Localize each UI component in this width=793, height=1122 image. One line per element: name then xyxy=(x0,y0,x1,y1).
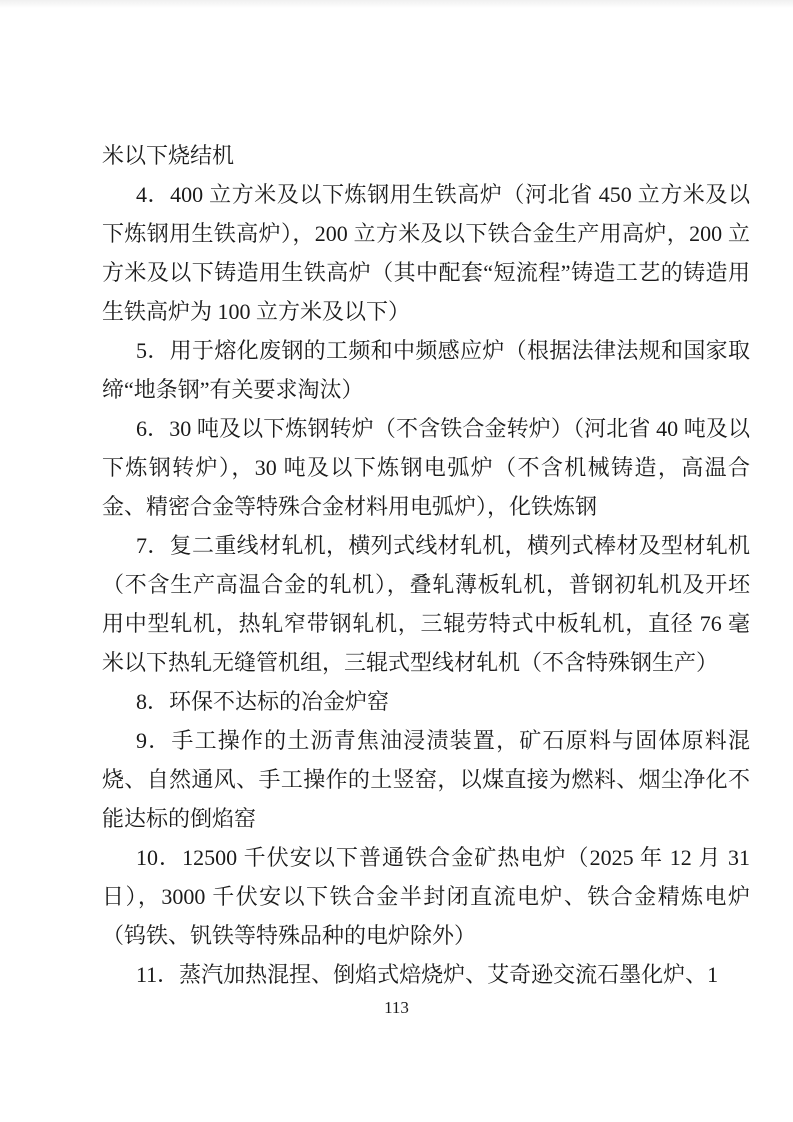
paragraph-continuation: 米以下烧结机 xyxy=(102,136,750,175)
list-item-6: 6．30 吨及以下炼钢转炉（不含铁合金转炉）（河北省 40 吨及以下炼钢转炉），… xyxy=(102,409,750,526)
list-item-11: 11．蒸汽加热混捏、倒焰式焙烧炉、艾奇逊交流石墨化炉、1 xyxy=(102,955,750,994)
list-item-9: 9．手工操作的土沥青焦油浸渍装置，矿石原料与固体原料混烧、自然通风、手工操作的土… xyxy=(102,721,750,838)
page-number: 113 xyxy=(384,998,409,1017)
page-top-edge xyxy=(0,0,793,8)
list-item-5: 5．用于熔化废钢的工频和中频感应炉（根据法律法规和国家取缔“地条钢”有关要求淘汰… xyxy=(102,331,750,409)
list-item-10: 10．12500 千伏安以下普通铁合金矿热电炉（2025 年 12 月 31 日… xyxy=(102,838,750,955)
document-page: 米以下烧结机 4．400 立方米及以下炼钢用生铁高炉（河北省 450 立方米及以… xyxy=(0,0,793,1122)
document-body: 米以下烧结机 4．400 立方米及以下炼钢用生铁高炉（河北省 450 立方米及以… xyxy=(102,136,750,994)
list-item-4: 4．400 立方米及以下炼钢用生铁高炉（河北省 450 立方米及以下炼钢用生铁高… xyxy=(102,175,750,331)
list-item-8: 8．环保不达标的冶金炉窑 xyxy=(102,682,750,721)
list-item-7: 7．复二重线材轧机，横列式线材轧机，横列式棒材及型材轧机（不含生产高温合金的轧机… xyxy=(102,526,750,682)
page-footer: 113 xyxy=(0,997,793,1019)
